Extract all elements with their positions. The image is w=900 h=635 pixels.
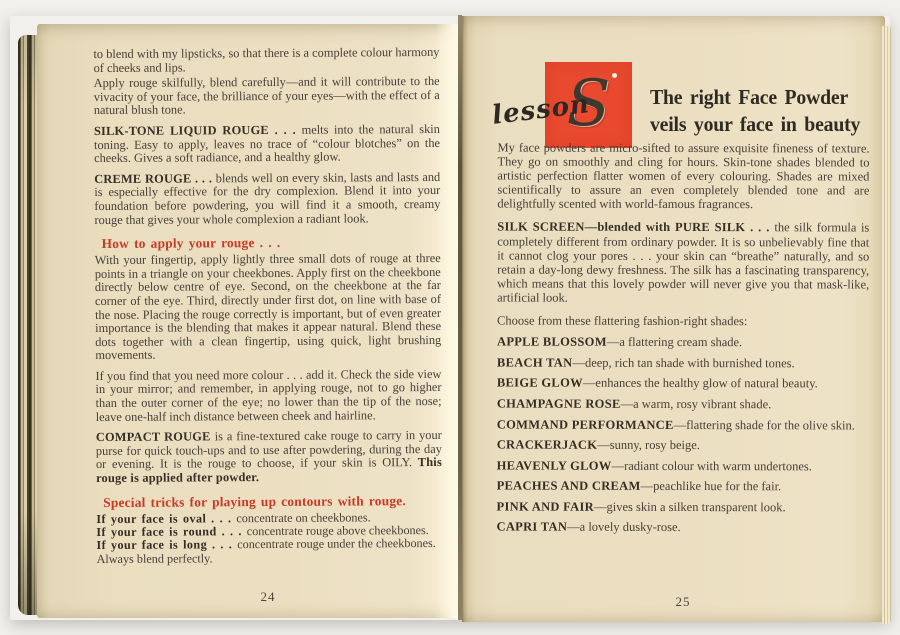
page-title-line1: The right Face Powder <box>650 84 881 111</box>
shade-name: COMMAND PERFORMANCE <box>497 417 674 431</box>
product-silk-tone: SILK-TONE LIQUID ROUGE . . . melts into … <box>94 123 440 166</box>
creme-rouge-lead: CREME ROUGE . . . <box>94 171 216 186</box>
shade-name: BEIGE GLOW <box>497 376 583 390</box>
intro-paragraph-continuation: to blend with my lipsticks, so that ther… <box>93 46 439 75</box>
special-tricks-heading: Special tricks for playing up contours w… <box>103 493 442 510</box>
left-page-text-column: to blend with my lipsticks, so that ther… <box>93 46 442 566</box>
shade-desc: —peachlike hue for the fair. <box>641 479 782 493</box>
silk-screen-paragraph: SILK SCREEN—blended with PURE SILK . . .… <box>497 220 869 306</box>
shade-name: CAPRI TAN <box>496 520 567 534</box>
shade-list: APPLE BLOSSOM—a flattering cream shade. … <box>496 335 869 535</box>
how-to-apply-heading: How to apply your rouge . . . <box>102 234 441 251</box>
shade-desc: —deep, rich tan shade with burnished ton… <box>572 355 794 370</box>
shade-desc: —a warm, rosy vibrant shade. <box>621 397 772 411</box>
shade-item: HEAVENLY GLOW—radiant colour with warm u… <box>497 458 869 473</box>
shade-item: BEACH TAN—deep, rich tan shade with burn… <box>497 355 869 370</box>
shade-desc: —sunny, rosy beige. <box>597 438 700 452</box>
shade-item: CRACKERJACK—sunny, rosy beige. <box>497 438 869 453</box>
page-title-line2: veils your face in beauty <box>650 111 881 138</box>
shade-name: PEACHES AND CREAM <box>497 479 641 493</box>
choose-shades-line: Choose from these flattering fashion-rig… <box>497 314 869 329</box>
shade-item: APPLE BLOSSOM—a flattering cream shade. <box>497 335 869 350</box>
product-creme-rouge: CREME ROUGE . . . blends well on every s… <box>94 171 440 227</box>
sparkle-mark <box>612 73 617 78</box>
intro-text-1: to blend with my lipsticks, so that ther… <box>93 45 439 75</box>
face-powder-intro: My face powders are micro-sifted to assu… <box>497 141 869 212</box>
silk-screen-lead: SILK SCREEN—blended with PURE SILK . . . <box>497 220 774 235</box>
shade-item: COMMAND PERFORMANCE—flattering shade for… <box>497 417 869 432</box>
left-page-number: 24 <box>95 589 441 605</box>
shade-item: CAPRI TAN—a lovely dusky-rose. <box>496 520 868 535</box>
more-colour-text: If you find that you need more colour . … <box>95 367 441 424</box>
shade-item: CHAMPAGNE ROSE—a warm, rosy vibrant shad… <box>497 396 869 411</box>
open-booklet: to blend with my lipsticks, so that ther… <box>17 11 883 622</box>
shade-name: CHAMPAGNE ROSE <box>497 396 621 410</box>
shade-desc: —enhances the healthy glow of natural be… <box>583 376 818 391</box>
shade-desc: —a flattering cream shade. <box>607 335 742 349</box>
rule-long: If your face is long . . . concentrate r… <box>96 537 442 566</box>
shade-desc: —flattering shade for the olive skin. <box>674 417 855 431</box>
shade-item: PINK AND FAIR—gives skin a silken transp… <box>497 499 869 514</box>
intro-text-2: Apply rouge skilfully, blend carefully—a… <box>94 74 440 117</box>
shade-name: APPLE BLOSSOM <box>497 335 607 349</box>
shade-desc: —gives skin a silken transparent look. <box>594 500 786 515</box>
shade-name: BEACH TAN <box>497 355 573 369</box>
compact-rouge-lead: COMPACT ROUGE <box>96 430 215 445</box>
shade-desc: —a lovely dusky-rose. <box>567 520 681 534</box>
face-shape-rules: If your face is oval . . . concentrate o… <box>96 511 442 567</box>
page-title: The right Face Powder veils your face in… <box>650 84 881 137</box>
more-colour-paragraph: If you find that you need more colour . … <box>95 368 441 424</box>
shade-item: PEACHES AND CREAM—peachlike hue for the … <box>497 479 869 494</box>
shade-desc: —radiant colour with warm undertones. <box>612 459 812 474</box>
shade-name: PINK AND FAIR <box>497 499 594 513</box>
right-page-text-column: My face powders are micro-sifted to assu… <box>496 141 869 542</box>
shade-item: BEIGE GLOW—enhances the healthy glow of … <box>497 376 869 391</box>
how-to-apply-text: With your fingertip, apply lightly three… <box>95 251 442 362</box>
rule-long-lead: If your face is long . . . <box>96 538 237 553</box>
shade-name: CRACKERJACK <box>497 438 598 452</box>
shade-name: HEAVENLY GLOW <box>497 458 612 472</box>
compact-rouge-paragraph: COMPACT ROUGE is a fine-textured cake ro… <box>96 429 442 485</box>
face-powder-intro-text: My face powders are micro-sifted to assu… <box>497 141 869 212</box>
intro-paragraph-2: Apply rouge skilfully, blend carefully—a… <box>94 75 440 118</box>
right-page-number: 25 <box>497 594 869 610</box>
how-to-apply-paragraph: With your fingertip, apply lightly three… <box>95 252 442 363</box>
